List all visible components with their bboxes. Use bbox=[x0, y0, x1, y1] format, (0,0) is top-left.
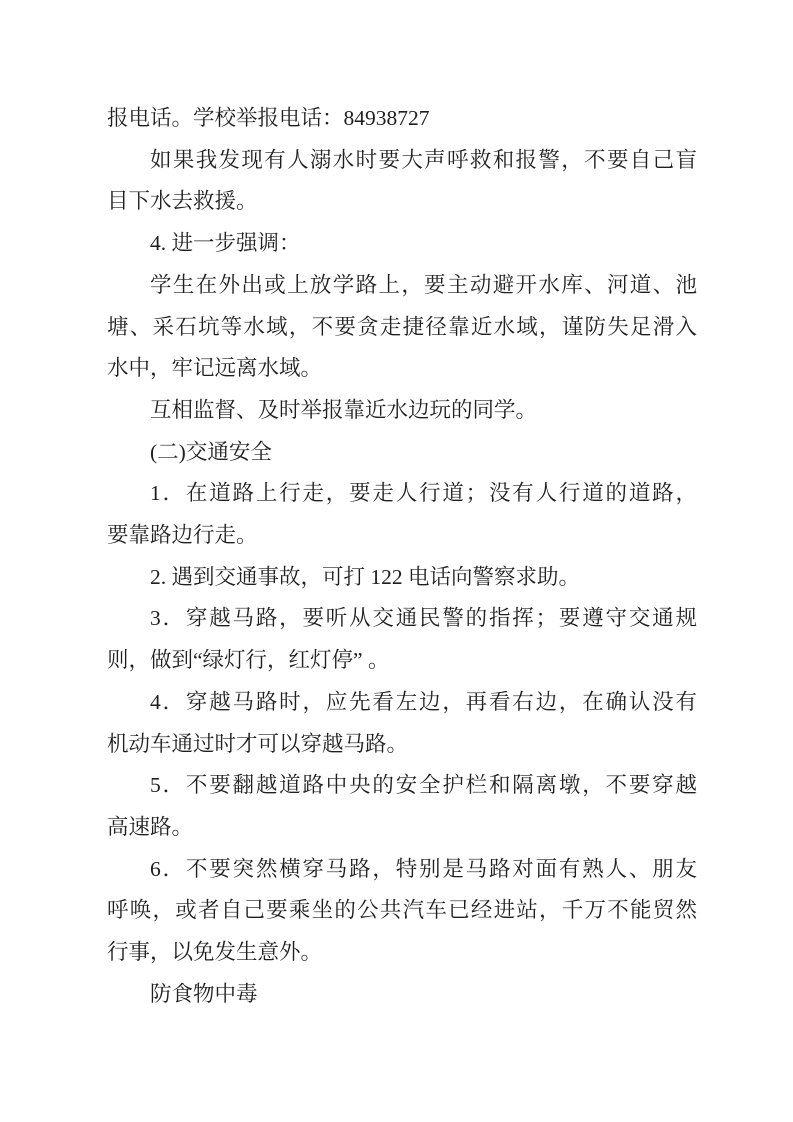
text-line: 互相监督、及时举报靠近水边玩的同学。 bbox=[107, 390, 697, 432]
text-line: 1．在道路上行走，要走人行道；没有人行道的道路， bbox=[107, 473, 697, 515]
text-line: 要靠路边行走。 bbox=[107, 515, 697, 557]
text-line: 高速路。 bbox=[107, 807, 697, 849]
text-line: 学生在外出或上放学路上，要主动避开水库、河道、池 bbox=[107, 265, 697, 307]
section-heading: 防食物中毒 bbox=[107, 974, 697, 1016]
text-line: 目下水去救援。 bbox=[107, 181, 697, 223]
text-line: 行事，以免发生意外。 bbox=[107, 932, 697, 974]
text-line: 塘、采石坑等水域，不要贪走捷径靠近水域，谨防失足滑入 bbox=[107, 307, 697, 349]
text-line: 呼唤，或者自己要乘坐的公共汽车已经进站，千万不能贸然 bbox=[107, 890, 697, 932]
text-line: 3．穿越马路，要听从交通民警的指挥；要遵守交通规 bbox=[107, 598, 697, 640]
text-line: 如果我发现有人溺水时要大声呼救和报警，不要自己盲 bbox=[107, 140, 697, 182]
text-line: 6．不要突然横穿马路，特别是马路对面有熟人、朋友 bbox=[107, 849, 697, 891]
text-line: 4. 进一步强调： bbox=[107, 223, 697, 265]
text-line: 报电话。学校举报电话：84938727 bbox=[107, 98, 697, 140]
text-line: 则，做到“绿灯行，红灯停” 。 bbox=[107, 640, 697, 682]
text-line: 5．不要翻越道路中央的安全护栏和隔离墩，不要穿越 bbox=[107, 765, 697, 807]
text-line: 机动车通过时才可以穿越马路。 bbox=[107, 724, 697, 766]
document-page: 报电话。学校举报电话：84938727 如果我发现有人溺水时要大声呼救和报警，不… bbox=[0, 0, 793, 1122]
text-line: 2. 遇到交通事故，可打 122 电话向警察求助。 bbox=[107, 557, 697, 599]
text-line: 水中，牢记远离水域。 bbox=[107, 348, 697, 390]
text-line: 4．穿越马路时，应先看左边，再看右边，在确认没有 bbox=[107, 682, 697, 724]
section-heading: (二)交通安全 bbox=[107, 432, 697, 474]
